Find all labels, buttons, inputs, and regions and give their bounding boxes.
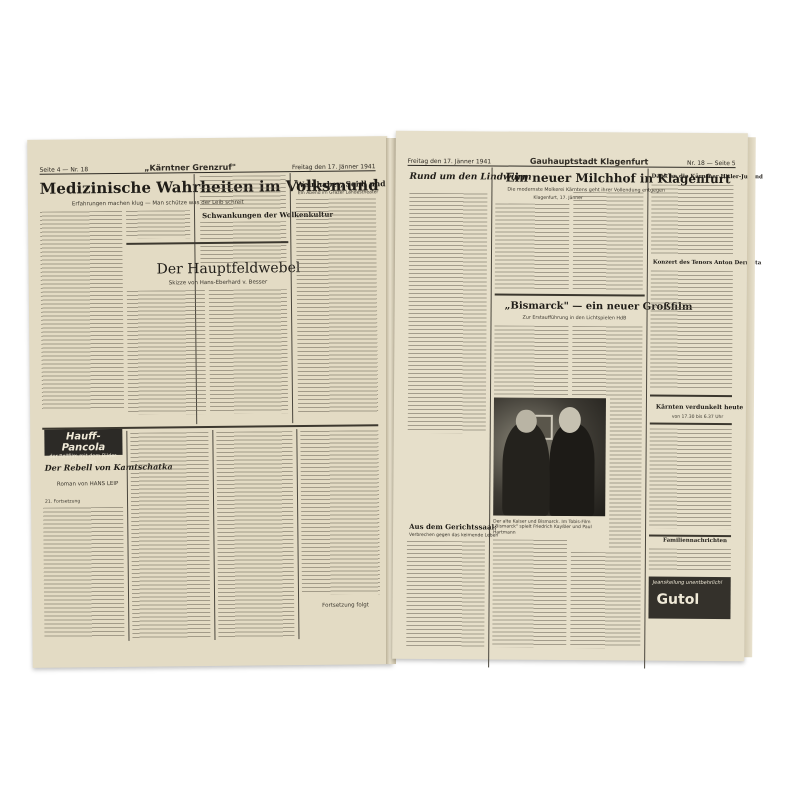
headline-verdunkelung: Kärnten verdunkelt heute: [656, 405, 743, 412]
section-divider: [649, 535, 731, 537]
article-body-column: [494, 325, 568, 396]
article-body-column: [570, 552, 641, 648]
left-page-number: Seite 4 — Nr. 18: [40, 166, 89, 174]
serial-installment: 21. Fortsetzung: [45, 499, 80, 504]
article-body-column: [408, 193, 488, 434]
photo-figure-emperor-head: [516, 409, 536, 433]
article-body-column: [406, 541, 485, 648]
column-rule: [212, 430, 215, 640]
article-body-column: [651, 185, 733, 256]
right-issue-date: Freitag den 17. Jänner 1941: [408, 158, 492, 166]
article-body-column: [650, 271, 733, 390]
right-running-head: Freitag den 17. Jänner 1941 Gauhauptstad…: [408, 153, 736, 168]
article-body-column: [649, 549, 731, 572]
headline-hitler-jugend: Dank an die Kärntner Hitler-Jugend: [652, 175, 763, 181]
newspaper-left-page: Seite 4 — Nr. 18 „Kärntner Grenzruf" Fre…: [27, 136, 393, 668]
ad-brand: Gutol: [649, 592, 731, 609]
ad-brand: Hauff-Pancola: [44, 431, 122, 454]
bismarck-film-still-photo: [493, 397, 606, 516]
headline-gerichtssaal: Aus dem Gerichtssaal:: [409, 523, 497, 531]
photo-figure-emperor: [502, 421, 550, 516]
left-running-head: Seite 4 — Nr. 18 „Kärntner Grenzruf" Fre…: [39, 158, 375, 175]
headline-konzert-dermota: Konzert des Tenors Anton Dermota: [653, 261, 761, 267]
headline-familiennachrichten: Familiennachrichten: [663, 539, 727, 545]
article-body-column: [43, 507, 124, 638]
article-body-column: [492, 539, 567, 648]
headline-hauptfeldwebel: Der Hauptfeldwebel: [157, 261, 301, 277]
section-divider: [495, 293, 645, 296]
section-divider: [650, 423, 732, 425]
article-body-column: [495, 203, 570, 290]
subhead-bismarck: Zur Erstaufführung in den Lichtspielen H…: [523, 316, 627, 322]
article-body-column: [127, 290, 206, 415]
column-rule: [296, 429, 299, 639]
article-body-column: [573, 192, 644, 290]
ad-tagline: Jeanskeilung unentbehrlich!: [649, 577, 731, 587]
newspaper-right-page: Freitag den 17. Jänner 1941 Gauhauptstad…: [392, 131, 748, 661]
article-body-column: [296, 198, 378, 413]
article-body-column: [572, 326, 642, 396]
article-body-column: [216, 431, 294, 638]
right-page-number: Nr. 18 — Seite 5: [687, 160, 736, 167]
left-issue-date: Freitag den 17. Jänner 1941: [292, 163, 376, 171]
article-body-column: [649, 429, 732, 530]
photo-figure-bismarck: [549, 424, 594, 516]
section-divider: [650, 395, 732, 397]
subhead-gerichtssaal: Verbrechen gegen das keimende Leben: [409, 533, 498, 539]
article-body-column: [609, 398, 642, 548]
footer-continued-note: Fortsetzung folgt: [322, 602, 369, 608]
subhead-hauptfeldwebel: Skizze von Hans-Eberhard v. Besser: [169, 279, 268, 286]
left-paper-title: „Kärntner Grenzruf": [144, 163, 236, 173]
article-body-column: [40, 211, 124, 410]
article-body-column: [209, 289, 288, 414]
subhead-rebell-kamtschatka: Roman von HANS LEIP: [57, 481, 119, 488]
article-body-column: [126, 210, 190, 239]
right-section-title: Gauhauptstadt Klagenfurt: [530, 157, 649, 167]
subhead-verdunkelung: von 17.30 bis 6.37 Uhr: [672, 415, 723, 420]
article-body-column: [130, 432, 210, 639]
subhead-weinhaber: Ein Abend im Grazer Landestheater: [298, 190, 378, 196]
article-body-column: [200, 175, 286, 210]
photo-caption: Der alte Kaiser und Bismarck. Im Tobis-F…: [493, 519, 605, 536]
ad-hauff-pancola: Hauff-Pancola der Rollfilm mit dem Bilde…: [44, 429, 122, 456]
article-body-column: [300, 430, 380, 595]
ad-gutol: Jeanskeilung unentbehrlich! Gutol: [648, 577, 730, 620]
